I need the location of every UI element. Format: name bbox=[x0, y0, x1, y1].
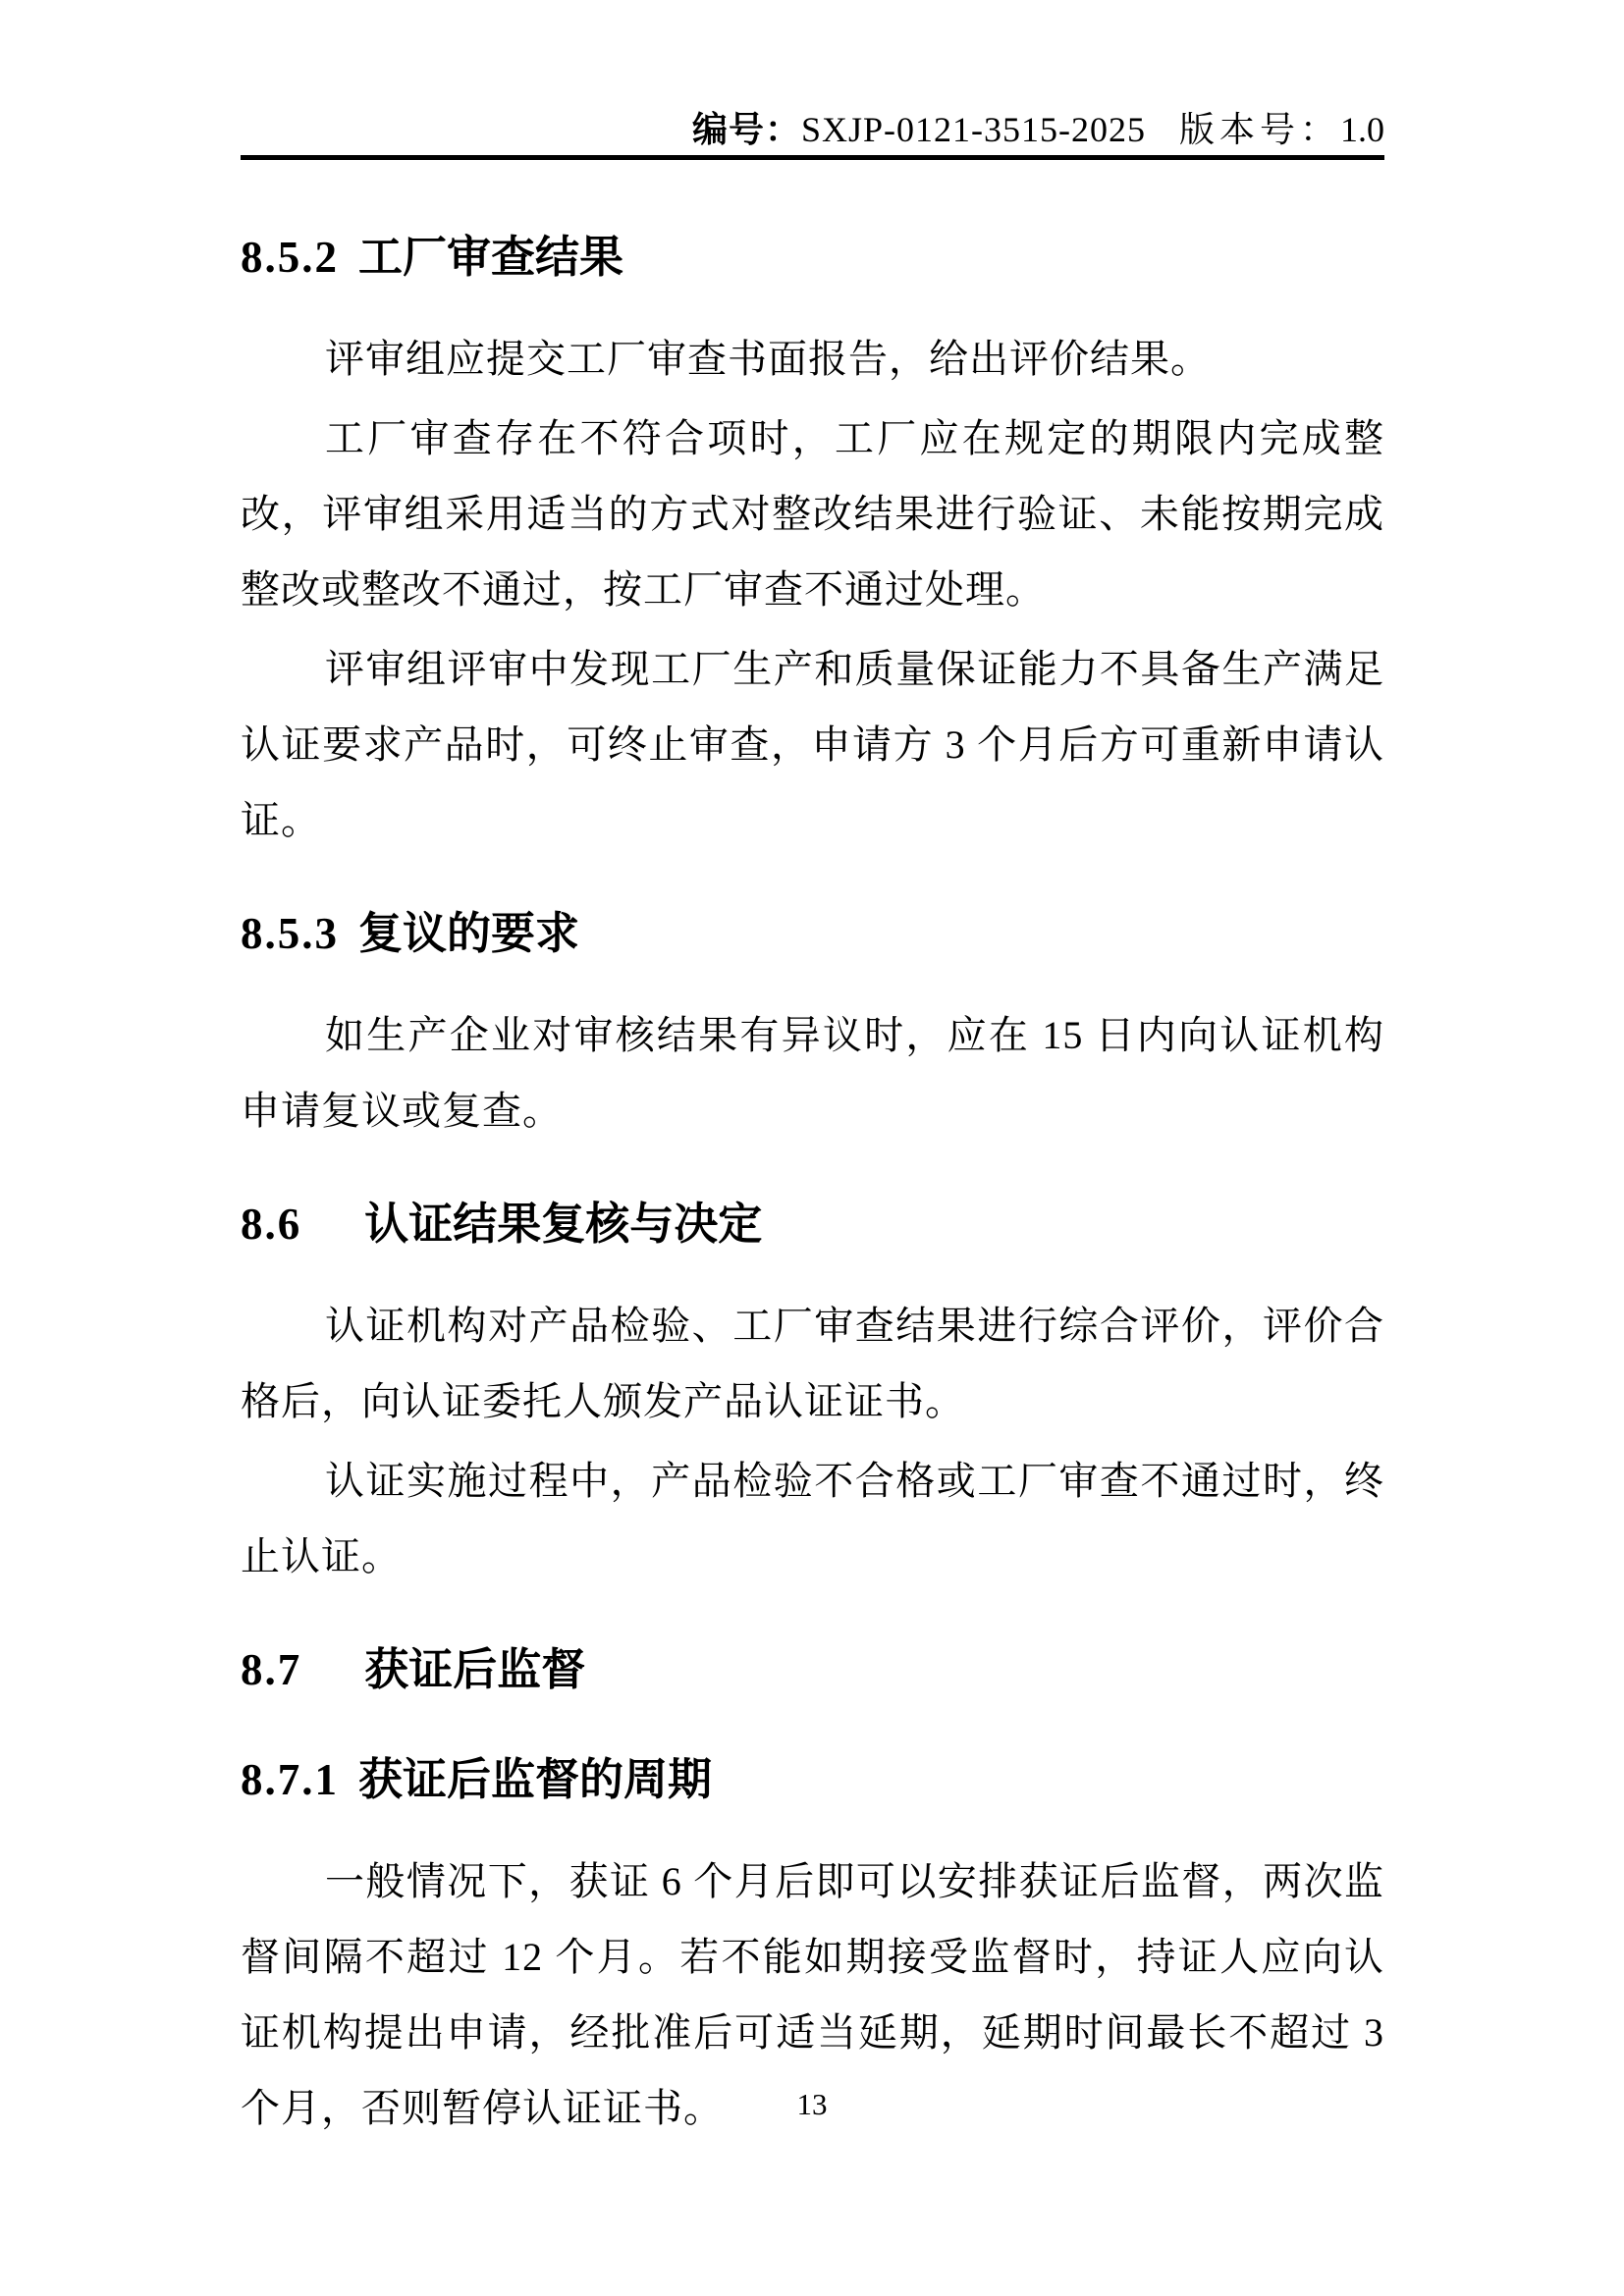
section-title: 获证后监督的周期 bbox=[358, 1755, 712, 1804]
version-label: 版本号： bbox=[1179, 110, 1340, 149]
section-title: 复议的要求 bbox=[358, 909, 579, 958]
document-header: 编号：SXJP-0121-3515-2025版本号：1.0 bbox=[241, 0, 1384, 149]
doc-number-label: 编号： bbox=[692, 110, 801, 149]
version-value: 1.0 bbox=[1340, 110, 1384, 149]
doc-number-value: SXJP-0121-3515-2025 bbox=[801, 110, 1146, 149]
document-page: 编号：SXJP-0121-3515-2025版本号：1.0 8.5.2工厂审查结… bbox=[0, 0, 1624, 2296]
paragraph: 评审组评审中发现工厂生产和质量保证能力不具备生产满足认证要求产品时，可终止审查，… bbox=[241, 631, 1384, 858]
document-body: 8.5.2工厂审查结果评审组应提交工厂审查书面报告，给出评价结果。工厂审查存在不… bbox=[241, 235, 1384, 2146]
section-number: 8.7 bbox=[241, 1645, 301, 1694]
section-title: 认证结果复核与决定 bbox=[364, 1200, 762, 1249]
section-heading-8.5.2: 8.5.2工厂审查结果 bbox=[241, 235, 1384, 280]
section-heading-8.6: 8.6认证结果复核与决定 bbox=[241, 1201, 1384, 1247]
paragraph: 工厂审查存在不符合项时，工厂应在规定的期限内完成整改，评审组采用适当的方式对整改… bbox=[241, 400, 1384, 627]
section-heading-8.7.1: 8.7.1获证后监督的周期 bbox=[241, 1757, 1384, 1802]
paragraph: 评审组应提交工厂审查书面报告，给出评价结果。 bbox=[241, 321, 1384, 397]
section-number: 8.5.2 bbox=[241, 233, 339, 282]
section-title: 获证后监督 bbox=[364, 1645, 585, 1694]
section-number: 8.7.1 bbox=[241, 1755, 339, 1804]
section-number: 8.6 bbox=[241, 1200, 301, 1249]
section-heading-8.7: 8.7获证后监督 bbox=[241, 1647, 1384, 1692]
header-rule bbox=[241, 155, 1384, 160]
page-number: 13 bbox=[0, 2089, 1624, 2120]
paragraph: 如生产企业对审核结果有异议时，应在 15 日内向认证机构申请复议或复查。 bbox=[241, 997, 1384, 1148]
section-heading-8.5.3: 8.5.3复议的要求 bbox=[241, 911, 1384, 956]
paragraph: 认证机构对产品检验、工厂审查结果进行综合评价，评价合格后，向认证委托人颁发产品认… bbox=[241, 1288, 1384, 1439]
section-title: 工厂审查结果 bbox=[358, 233, 623, 282]
section-number: 8.5.3 bbox=[241, 909, 339, 958]
paragraph: 认证实施过程中，产品检验不合格或工厂审查不通过时，终止认证。 bbox=[241, 1443, 1384, 1594]
